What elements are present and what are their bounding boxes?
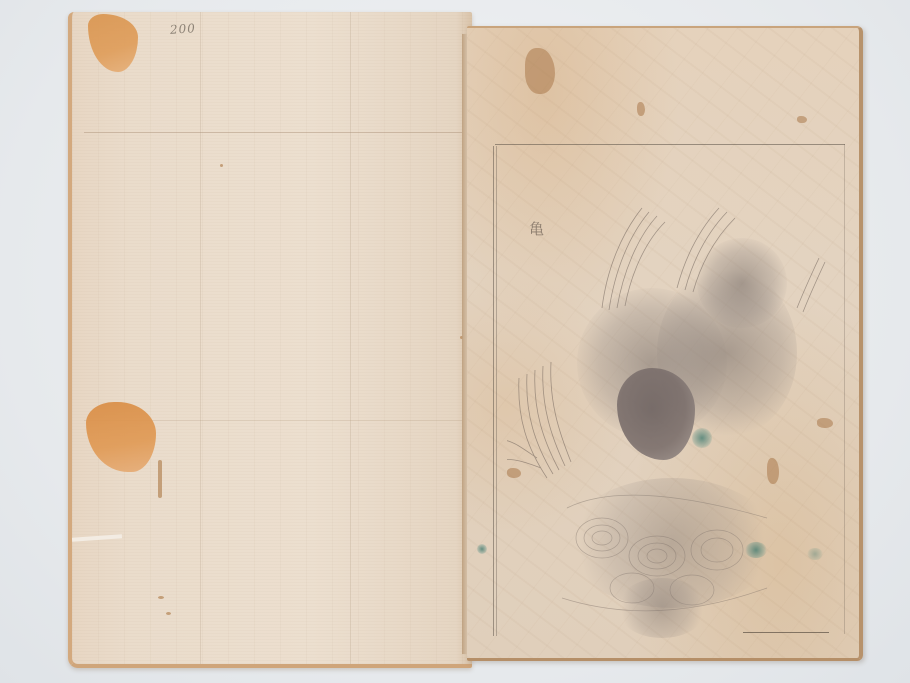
stain-dot (220, 164, 223, 167)
left-page: 200 (68, 12, 472, 668)
border-rule-left (493, 146, 497, 636)
mould-spot (692, 428, 712, 448)
pencil-notation: 200 (170, 21, 197, 37)
ink-fade (617, 578, 707, 638)
torn-edge (72, 534, 122, 541)
stain-dot (158, 596, 164, 599)
torn-patch (86, 402, 156, 472)
vertical-crease (200, 12, 201, 664)
right-page: 亀 (467, 26, 863, 661)
fold-line (84, 132, 462, 133)
turtle-illustration (507, 178, 857, 638)
mould-spot (477, 544, 487, 554)
mould-spot (807, 548, 823, 560)
water-stain (797, 116, 807, 123)
stain-streak (158, 460, 162, 498)
vertical-crease (350, 12, 351, 664)
stain-dot (166, 612, 171, 615)
mould-spot (745, 542, 767, 558)
border-rule-top (495, 144, 845, 145)
ink-fade (697, 238, 787, 328)
water-stain (525, 48, 555, 94)
torn-corner (88, 14, 138, 72)
water-stain (637, 102, 645, 116)
